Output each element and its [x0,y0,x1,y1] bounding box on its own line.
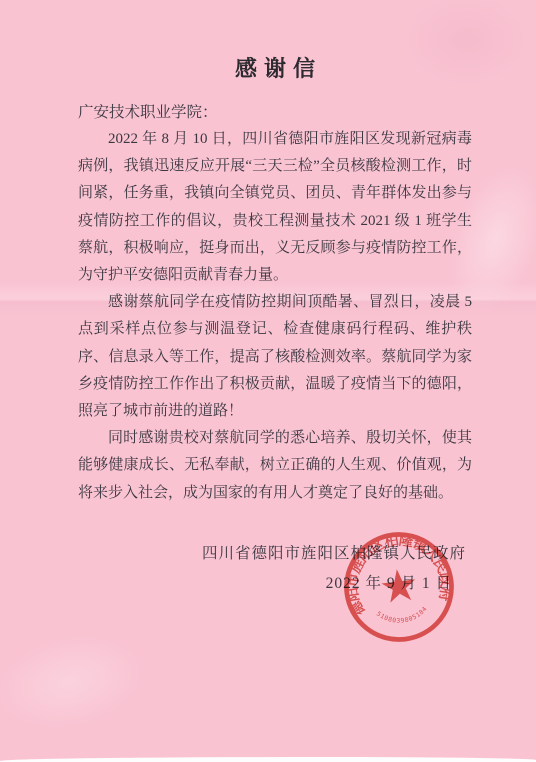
letter-paragraph-2: 感谢蔡航同学在疫情防控期间顶酷暑、冒烈日，凌晨 5 点到采样点位参与测温登记、检… [78,289,472,425]
seal-code-digits: 5108039805184 [374,604,430,627]
scanner-edge [0,757,536,762]
letter-content: 感谢信 广安技术职业学院： 2022 年 8 月 10 日，四川省德阳市旌阳区发… [78,0,472,597]
letter-salutation: 广安技术职业学院： [78,99,472,126]
signature-block: 四川省德阳市旌阳区柏隆镇人民政府 2022 年 9 月 1 日 [78,541,472,597]
signature-organization: 四川省德阳市旌阳区柏隆镇人民政府 [78,541,472,567]
paper-crease [0,603,180,762]
signature-date: 2022 年 9 月 1 日 [78,571,472,597]
letter-title: 感谢信 [78,56,472,82]
scanned-letter-page: 感谢信 广安技术职业学院： 2022 年 8 月 10 日，四川省德阳市旌阳区发… [0,0,536,762]
letter-paragraph-1: 2022 年 8 月 10 日，四川省德阳市旌阳区发现新冠病毒病例，我镇迅速反应… [78,126,472,289]
letter-paragraph-3: 同时感谢贵校对蔡航同学的悉心培养、殷切关怀，使其能够健康成长、无私奉献，树立正确… [78,425,472,507]
